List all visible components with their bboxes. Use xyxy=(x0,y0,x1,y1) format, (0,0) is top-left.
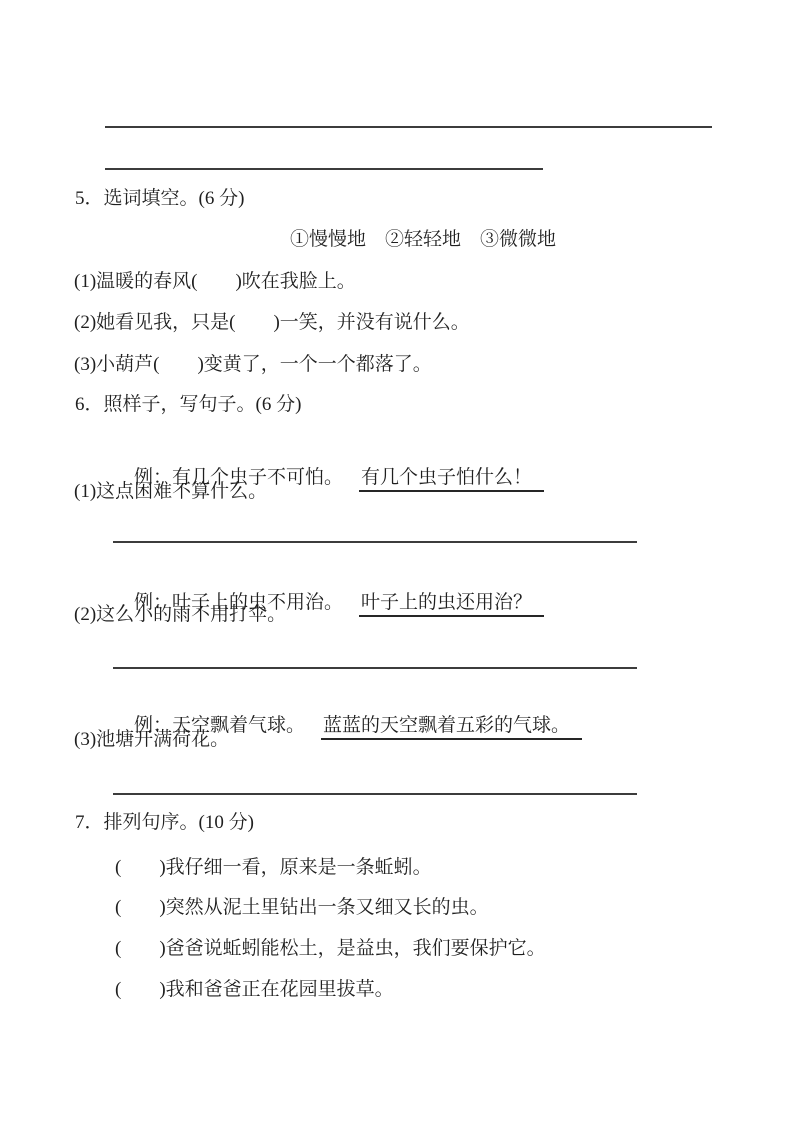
q7-item-2: ( )突然从泥土里钻出一条又细又长的虫。 xyxy=(115,895,489,921)
answer-line xyxy=(113,541,637,543)
q7-item-4: ( )我和爸爸正在花园里拔草。 xyxy=(115,977,394,1003)
q6-item-3: (3)池塘开满荷花。 xyxy=(74,727,229,753)
worksheet-page: 5．选词填空。(6 分) ①慢慢地 ②轻轻地 ③微微地 (1)温暖的春风( )吹… xyxy=(0,0,793,1122)
q5-item-3: (3)小葫芦( )变黄了，一个一个都落了。 xyxy=(74,352,432,378)
q6-example-3-answer-underlined: 蓝蓝的天空飘着五彩的气球。 xyxy=(321,715,582,740)
q5-item-2: (2)她看见我，只是( )一笑，并没有说什么。 xyxy=(74,310,470,336)
q7-item-3: ( )爸爸说蚯蚓能松土，是益虫，我们要保护它。 xyxy=(115,936,546,962)
q6-item-1: (1)这点困难不算什么。 xyxy=(74,479,267,505)
q5-word-options: ①慢慢地 ②轻轻地 ③微微地 xyxy=(290,227,556,253)
question-5-title: 5．选词填空。(6 分) xyxy=(75,186,244,212)
q6-example-1-answer-underlined: 有几个虫子怕什么！ xyxy=(359,467,544,492)
q6-example-1: 例：有几个虫子不可怕。有几个虫子怕什么！ xyxy=(115,439,544,517)
answer-line xyxy=(105,168,543,170)
q5-item-1: (1)温暖的春风( )吹在我脸上。 xyxy=(74,269,356,295)
q7-item-1: ( )我仔细一看，原来是一条蚯蚓。 xyxy=(115,855,432,881)
q6-item-2: (2)这么小的雨不用打伞。 xyxy=(74,602,286,628)
question-6-title: 6．照样子，写句子。(6 分) xyxy=(75,392,301,418)
answer-line xyxy=(105,126,712,128)
question-7-title: 7．排列句序。(10 分) xyxy=(75,810,254,836)
answer-line xyxy=(113,667,637,669)
answer-line xyxy=(113,793,637,795)
q6-example-2-answer-underlined: 叶子上的虫还用治？ xyxy=(359,592,544,617)
q6-example-3: 例：天空飘着气球。蓝蓝的天空飘着五彩的气球。 xyxy=(115,687,582,765)
